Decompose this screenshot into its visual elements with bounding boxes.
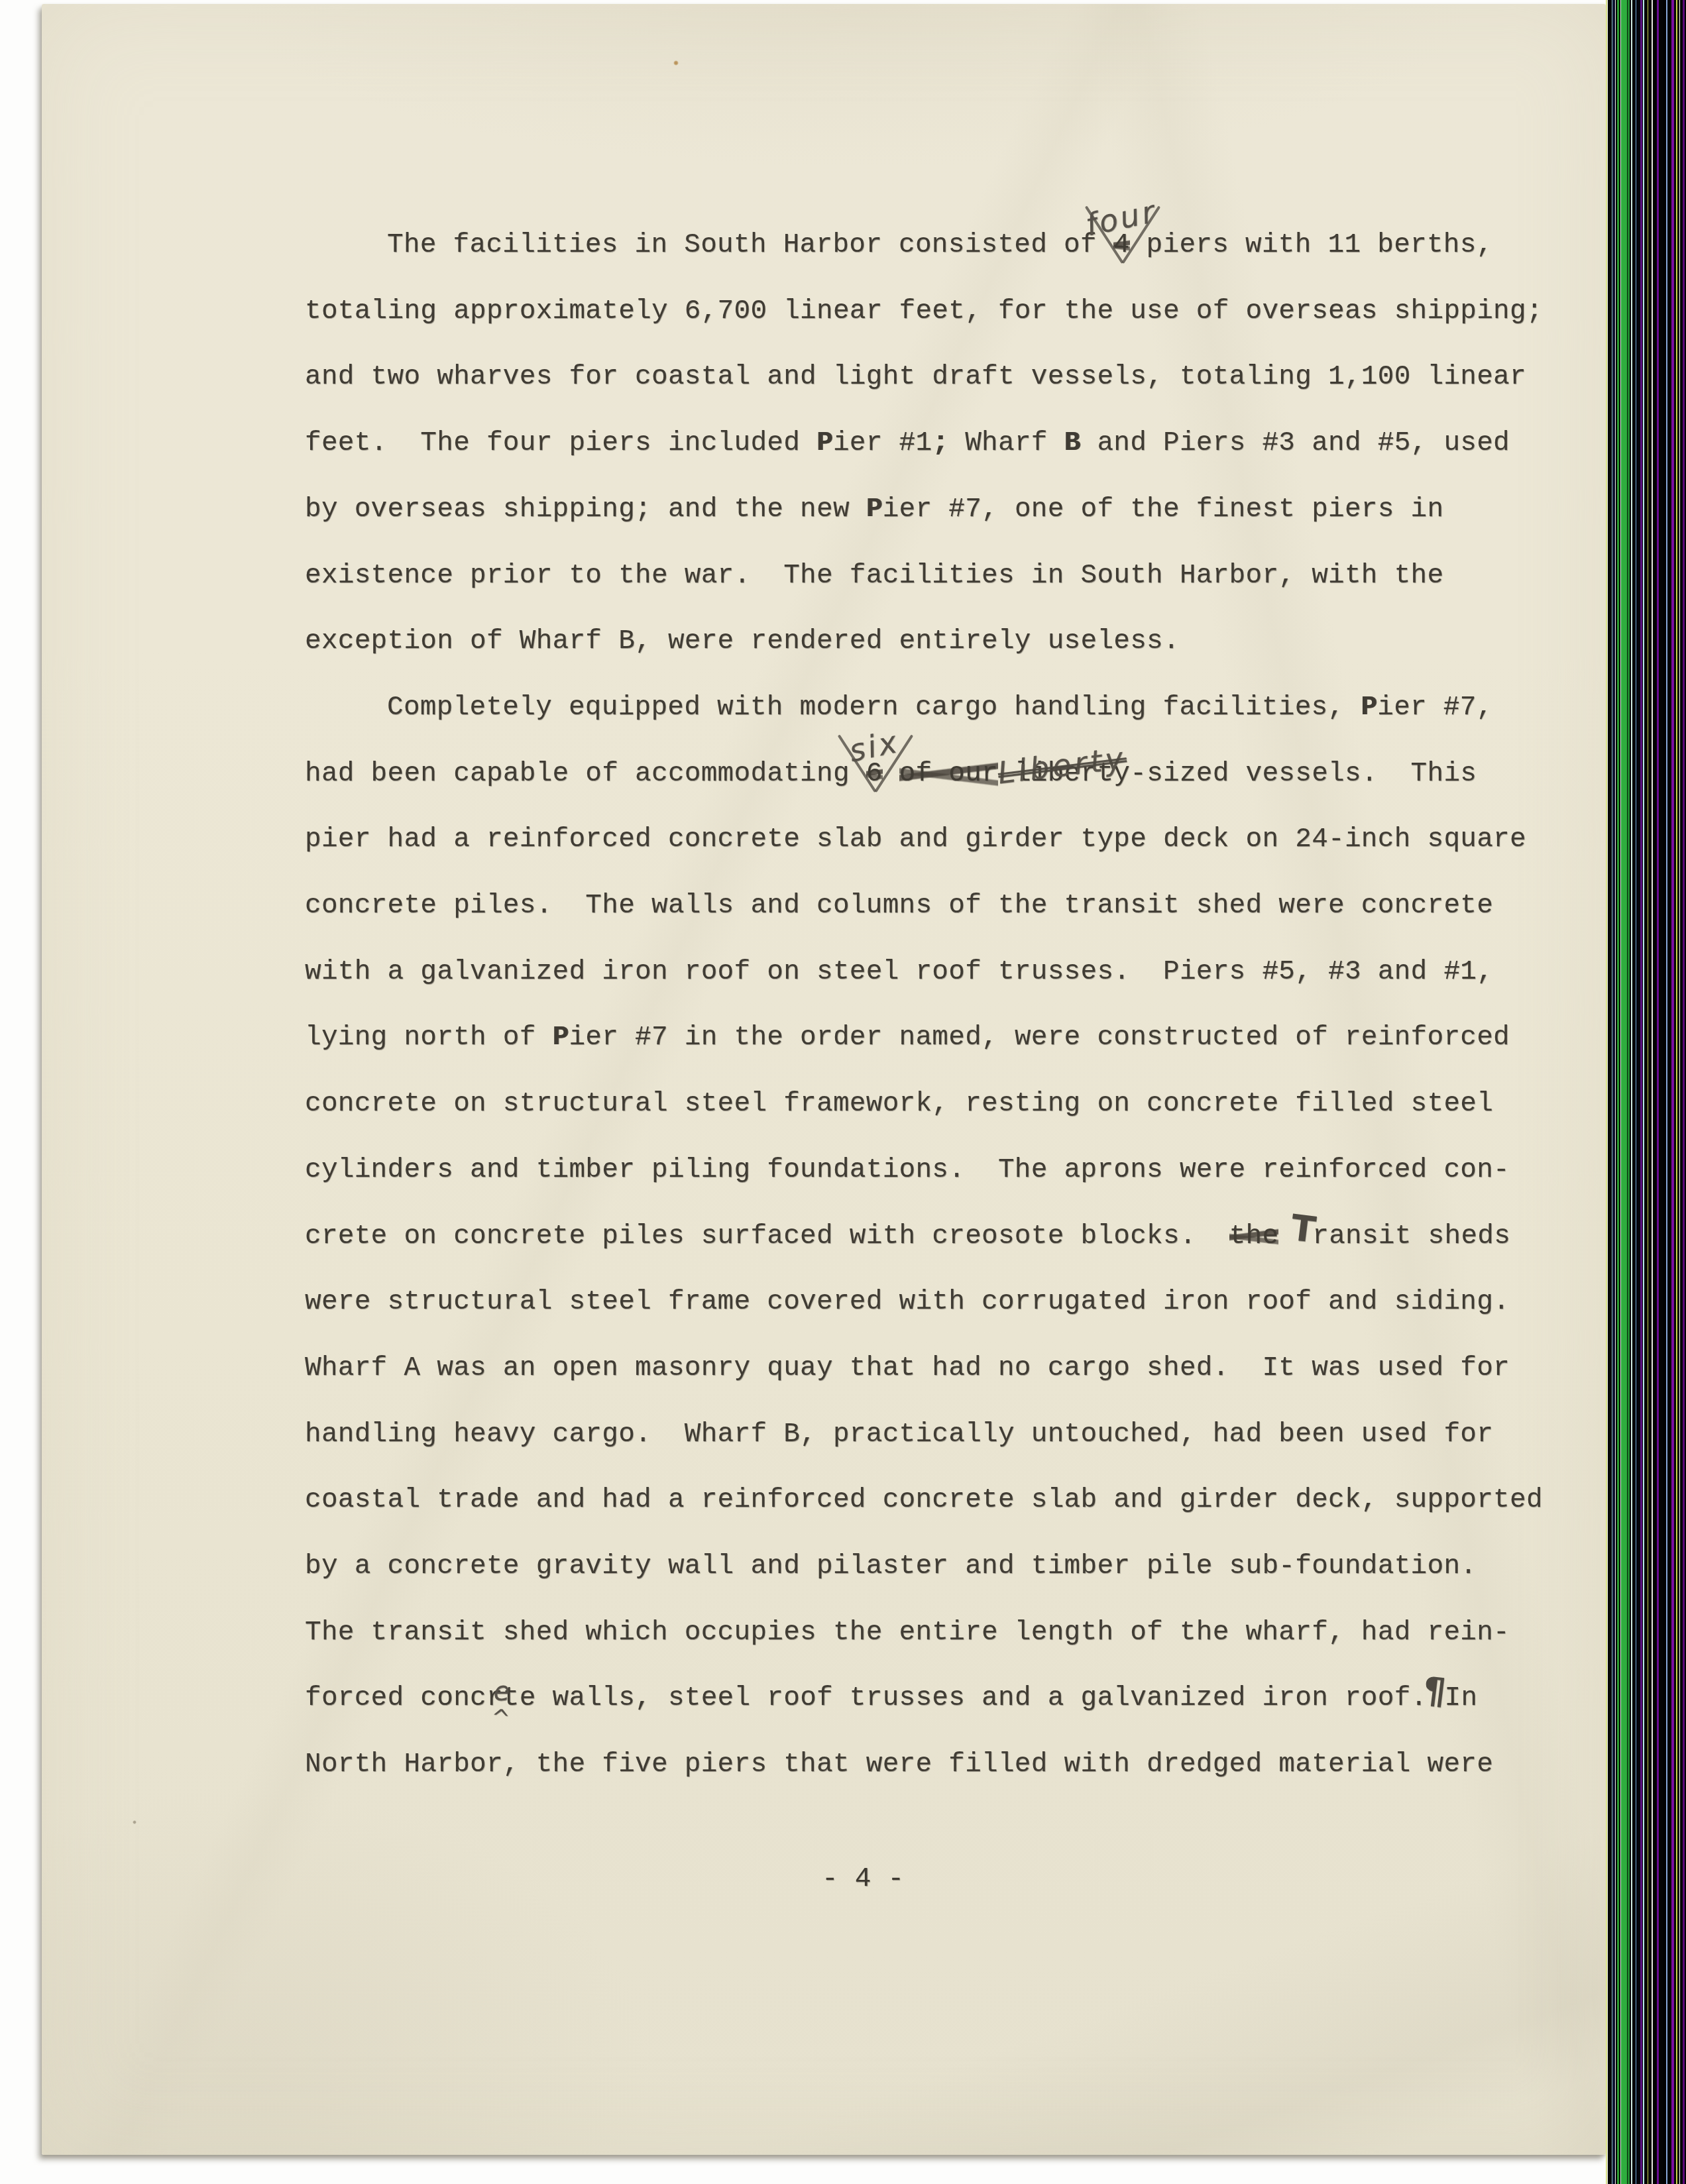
typed-line: existence prior to the war. The faciliti… [305,563,1443,590]
typed-line: North Harbor, the five piers that were f… [305,1751,1493,1778]
typed-text: with a galvanized iron roof on steel roo… [305,957,1493,987]
typed-text: by overseas shipping; and the new [305,494,866,525]
handwritten-word: six [846,726,902,767]
typed-text: ier #7 in the order named, were construc… [569,1022,1510,1053]
handwritten-word: e [494,1678,510,1705]
stripe [1621,0,1627,2184]
typed-line: totaling approximately 6,700 linear feet… [305,298,1543,325]
typed-text: totaling approximately 6,700 linear feet… [305,296,1543,327]
typed-text: ier #1 [833,428,932,459]
typed-text: and Piers #3 and #5, used [1081,428,1510,459]
typed-line: and two wharves for coastal and light dr… [305,364,1526,391]
typed-text: North Harbor, the five piers that were f… [305,1749,1493,1780]
typed-text: Completely equipped with modern cargo ha… [387,692,1361,723]
typed-text: concrete on structural steel framework, … [305,1089,1493,1119]
typed-line: by overseas shipping; and the new Pier #… [305,496,1443,523]
pencil-correction: 4four [1113,232,1130,259]
scanned-document-page: The facilities in South Harbor consisted… [0,0,1686,2184]
typed-text: Wharf A was an open masonry quay that ha… [305,1353,1510,1384]
typed-text: ier #7, [1377,692,1492,723]
typed-text: forced concr [305,1683,503,1714]
typed-line: handling heavy cargo. Wharf B, practical… [305,1421,1493,1448]
typed-text: pier had a reinforced concrete slab and … [305,824,1526,855]
typed-line: The transit shed which occupies the enti… [305,1619,1510,1647]
typed-line: crete on concrete piles surfaced with cr… [305,1223,1510,1250]
typed-text: te walls, steel roof trusses and a galva… [503,1683,1428,1714]
typed-text: coastal trade and had a reinforced concr… [305,1485,1543,1515]
typed-line: concrete on structural steel framework, … [305,1091,1493,1118]
typed-line: cylinders and timber piling foundations.… [305,1157,1510,1184]
typed-text: by a concrete gravity wall and pilaster … [305,1551,1477,1582]
typed-text: piers with 11 berths, [1130,230,1493,260]
typed-line: The facilities in South Harbor consisted… [305,232,1493,259]
typed-text: In [1444,1683,1477,1714]
typed-text: lying north of [305,1022,553,1053]
typed-text: had been capable of accommodating [305,759,866,789]
typed-line: feet. The four piers included Pier #1; W… [305,430,1510,457]
typed-text: crete on concrete piles surfaced with cr… [305,1221,1229,1252]
typed-line: with a galvanized iron roof on steel roo… [305,959,1493,986]
typed-line: had been capable of accommodating 6six o… [305,761,1477,788]
overstruck-typed-text: P [816,428,833,459]
typed-text: feet. The four piers included [305,428,816,459]
overstruck-typed-text: P [1361,692,1377,723]
typed-text: ransit sheds [1312,1221,1510,1252]
overstruck-typed-text: P [553,1022,569,1053]
typed-line: forced concrete walls, steel roof trusse… [305,1685,1477,1712]
typed-text: ier #7, one of the finest piers in [883,494,1444,525]
typed-line: by a concrete gravity wall and pilaster … [305,1553,1477,1580]
typed-line: lying north of Pier #7 in the order name… [305,1024,1510,1052]
typed-line: exception of Wharf B, were rendered enti… [305,628,1180,655]
overstruck-typed-text: B [1064,428,1081,459]
typed-line: concrete piles. The walls and columns of… [305,893,1493,920]
page-number: - 4 - [822,1866,905,1893]
typed-text: handling heavy cargo. Wharf B, practical… [305,1419,1493,1450]
typed-text: Wharf [948,428,1064,459]
pencil-struck-text: the [1229,1223,1279,1250]
overstruck-typed-text: P [866,494,883,525]
typed-text: The facilities in South Harbor consisted… [387,230,1113,260]
typed-line: were structural steel frame covered with… [305,1289,1510,1316]
overstruck-typed-text: ; [932,428,948,459]
handwritten-word: ¶ [1421,1672,1448,1710]
typed-text: existence prior to the war. The faciliti… [305,561,1443,591]
paper-sheet [42,4,1606,2155]
typed-line: Wharf A was an open masonry quay that ha… [305,1355,1510,1382]
typed-line: pier had a reinforced concrete slab and … [305,826,1526,853]
typed-text: cylinders and timber piling foundations.… [305,1155,1510,1185]
scan-stripe-band [1606,0,1686,2184]
typed-text: The transit shed which occupies the enti… [305,1617,1510,1648]
typed-text: were structural steel frame covered with… [305,1287,1510,1317]
typed-text: concrete piles. The walls and columns of… [305,891,1493,921]
typed-line: Completely equipped with modern cargo ha… [305,694,1493,722]
typed-text: exception of Wharf B, were rendered enti… [305,626,1180,657]
handwritten-word: T [1289,1209,1318,1248]
typed-text: and two wharves for coastal and light dr… [305,362,1526,392]
pencil-correction: 6six [866,761,883,788]
pencil-struck-text: of our [899,761,998,788]
typed-line: coastal trade and had a reinforced concr… [305,1487,1543,1514]
